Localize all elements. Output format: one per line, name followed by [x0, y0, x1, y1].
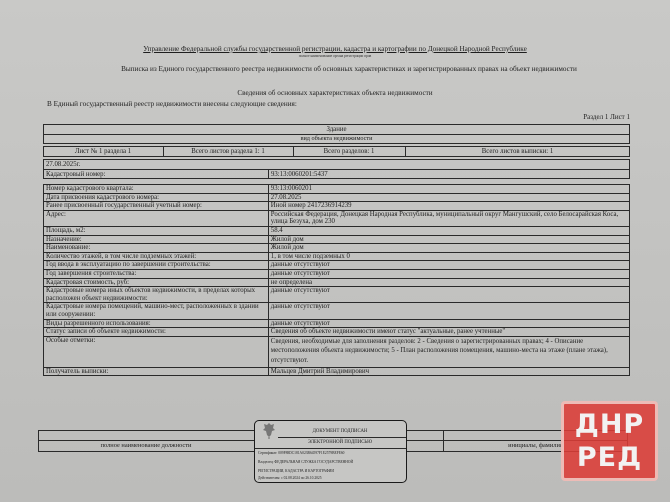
row-value: не определена [268, 278, 629, 287]
row-value: данные отсутствуют [268, 261, 629, 270]
row-label: Получатель выписки: [44, 367, 269, 376]
row-label: Номер кадастрового квартала: [44, 185, 269, 194]
object-type-value: Здание [43, 126, 630, 134]
extract-title: Выписка из Единого государственного реес… [28, 65, 670, 73]
row-value: Российская Федерация, Донецкая Народная … [268, 210, 629, 226]
cadastral-number-value: 93:13:0060201:5437 [271, 171, 328, 179]
row-value: Иной номер 2417236914239 [268, 202, 629, 211]
table-row: Наименование:Жилой дом [44, 244, 630, 253]
row-label: Адрес: [44, 210, 269, 226]
row-label: Площадь, м2: [44, 226, 269, 235]
section-label: Раздел 1 Лист 1 [583, 113, 630, 121]
extract-date: 27.08.2025г. [46, 161, 80, 169]
table-row: Статус записи об объекте недвижимости:Св… [44, 328, 630, 337]
row-label: Кадастровые номера иных объектов недвижи… [44, 287, 269, 303]
row-label: Год ввода в эксплуатацию по завершении с… [44, 261, 269, 270]
extract-document: Управление Федеральной службы государств… [0, 0, 670, 502]
row-label: Статус записи об объекте недвижимости: [44, 328, 269, 337]
table-row: Номер кадастрового квартала:93:13:006020… [44, 185, 630, 194]
sheet-number: Лист № 1 раздела 1 [43, 148, 163, 156]
row-label: Виды разрешенного использования: [44, 319, 269, 328]
position-caption: полное наименование должности [38, 442, 254, 450]
certificate-validity: Действителен: с 02.08.2024 по 26.10.2025 [258, 476, 322, 480]
row-value: Сведения об объекте недвижимости имеют с… [268, 328, 629, 337]
row-value: Сведения, необходимые для заполнения раз… [268, 336, 629, 367]
info-title: Сведения об основных характеристиках объ… [0, 89, 670, 97]
table-row: Кадастровая стоимость, руб:не определена [44, 278, 630, 287]
table-row: Кадастровые номера иных объектов недвижи… [44, 287, 630, 303]
table-row: Особые отметки:Сведения, необходимые для… [44, 336, 630, 367]
table-row: Дата присвоения кадастрового номера:27.0… [44, 193, 630, 202]
certificate-owner-1: Владелец: ФЕДЕРАЛЬНАЯ СЛУЖБА ГОСУДАРСТВЕ… [258, 460, 353, 464]
divider [278, 437, 406, 438]
row-label: Особые отметки: [44, 336, 269, 367]
row-value: Жилой дом [268, 235, 629, 244]
table-row: Назначение:Жилой дом [44, 235, 630, 244]
table-row: Площадь, м2:58.4 [44, 226, 630, 235]
row-label: Кадастровые номера помещений, машино-мес… [44, 303, 269, 319]
section-sheets-total: Всего листов раздела 1: 1 [163, 148, 293, 156]
logo-line-1: ДНР [564, 411, 655, 439]
divider [268, 169, 269, 179]
row-label: Наименование: [44, 244, 269, 253]
stamp-line-2: ЭЛЕКТРОННОЙ ПОДПИСЬЮ [270, 440, 410, 445]
table-row: Ранее присвоенный государственный учетны… [44, 202, 630, 211]
property-table: Номер кадастрового квартала:93:13:006020… [43, 184, 630, 376]
row-label: Год завершения строительства: [44, 269, 269, 278]
table-row: Количество этажей, в том числе подземных… [44, 252, 630, 261]
logo-line-2: РЕД [564, 444, 655, 472]
divider [43, 169, 630, 170]
row-label: Количество этажей, в том числе подземных… [44, 252, 269, 261]
certificate-owner-2: РЕГИСТРАЦИИ, КАДАСТРА И КАРТОГРАФИИ [258, 469, 334, 473]
row-value: данные отсутствуют [268, 269, 629, 278]
row-label: Назначение: [44, 235, 269, 244]
sections-total: Всего разделов: 1 [293, 148, 405, 156]
divider [255, 448, 406, 449]
row-label: Кадастровая стоимость, руб: [44, 278, 269, 287]
row-value: данные отсутствуют [268, 319, 629, 328]
table-row: Виды разрешенного использования:данные о… [44, 319, 630, 328]
row-value: 58.4 [268, 226, 629, 235]
extract-sheets-total: Всего листов выписки: 1 [405, 148, 630, 156]
row-label: Ранее присвоенный государственный учетны… [44, 202, 269, 211]
table-row: Год ввода в эксплуатацию по завершении с… [44, 261, 630, 270]
row-value: данные отсутствуют [268, 303, 629, 319]
cadastral-number-label: Кадастровый номер: [46, 171, 105, 179]
row-value: Жилой дом [268, 244, 629, 253]
row-label: Дата присвоения кадастрового номера: [44, 193, 269, 202]
intro-text: В Единый государственный реестр недвижим… [47, 100, 297, 108]
table-row: Получатель выписки:Мальцев Дмитрий Влади… [44, 367, 630, 376]
certificate-number: Сертификат: 009F88DC181A023B64597F1E2579… [258, 451, 344, 455]
object-type-caption: вид объекта недвижимости [43, 135, 630, 143]
row-value: 27.08.2025 [268, 193, 629, 202]
table-row: Кадастровые номера помещений, машино-мес… [44, 303, 630, 319]
dnr-red-logo: ДНР РЕД [561, 401, 658, 481]
row-value: 1, в том числе подземных 0 [268, 252, 629, 261]
table-row: Адрес:Российская Федерация, Донецкая Нар… [44, 210, 630, 226]
table-row: Год завершения строительства:данные отсу… [44, 269, 630, 278]
row-value: Мальцев Дмитрий Владимирович [268, 367, 629, 376]
row-value: данные отсутствуют [268, 287, 629, 303]
organization-name: Управление Федеральной службы государств… [0, 45, 670, 53]
row-value: 93:13:0060201 [268, 185, 629, 194]
organization-caption: полное наименование органа регистрации п… [0, 54, 670, 58]
stamp-line-1: ДОКУМЕНТ ПОДПИСАН [270, 429, 410, 434]
